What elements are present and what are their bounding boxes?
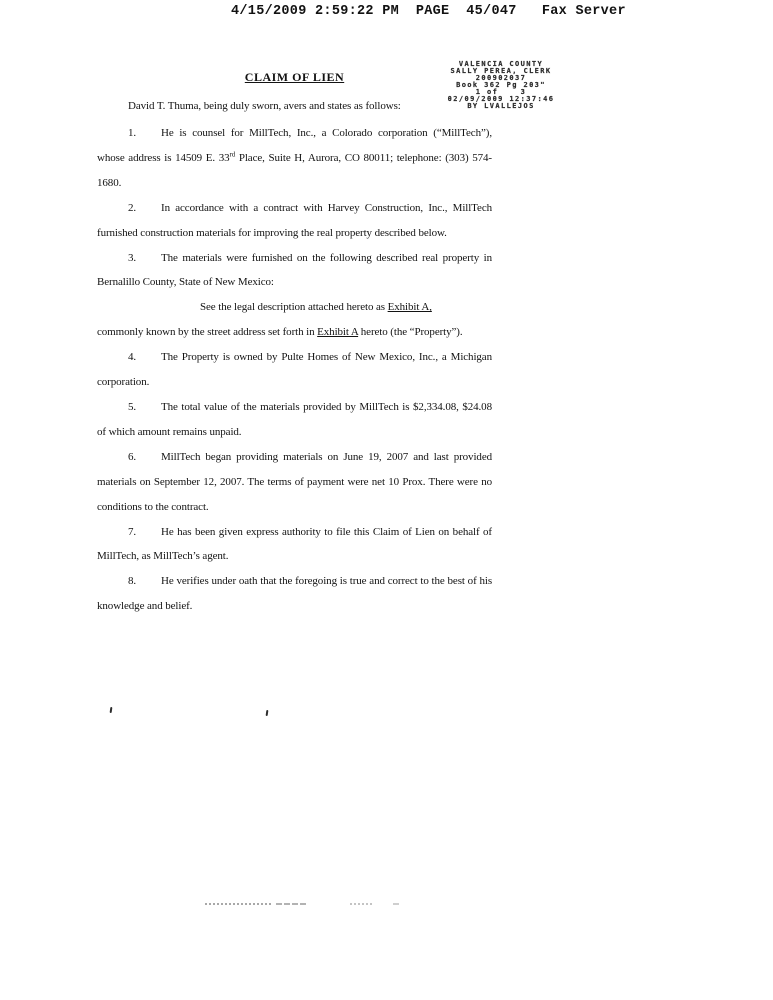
intro-line: David T. Thuma, being duly sworn, avers … [97,96,492,116]
paragraphs: 1.He is counsel for MillTech, Inc., a Co… [97,121,492,619]
fax-page: 4/15/2009 2:59:22 PM PAGE 45/047 Fax Ser… [0,0,773,1000]
numbered-paragraph: 7.He has been given express authority to… [97,520,492,570]
scan-artifact-line [350,903,372,905]
paragraph-line: See the legal description attached heret… [200,295,492,320]
scan-artifact-line [276,903,306,905]
text-segment: See the legal description attached heret… [200,301,388,313]
paragraph-number: 6. [128,445,161,470]
document-body: CLAIM OF LIEN David T. Thuma, being duly… [97,70,492,619]
underlined-text: Exhibit A, [388,301,432,313]
numbered-paragraph: 8.He verifies under oath that the forego… [97,569,492,619]
text-segment: hereto (the “Property”). [358,326,462,338]
text-segment: commonly known by the street address set… [97,326,317,338]
numbered-paragraph: 3.The materials were furnished on the fo… [97,246,492,296]
numbered-paragraph: 6.MillTech began providing materials on … [97,445,492,520]
paragraph-number: 7. [128,520,161,545]
numbered-paragraph: 1.He is counsel for MillTech, Inc., a Co… [97,121,492,196]
paragraph-number: 1. [128,121,161,146]
scan-stray-mark [110,707,113,713]
numbered-paragraph: 4.The Property is owned by Pulte Homes o… [97,345,492,395]
paragraph-line: commonly known by the street address set… [97,320,492,345]
paragraph-number: 5. [128,395,161,420]
paragraph-number: 4. [128,345,161,370]
scan-stray-mark [266,710,269,716]
paragraph-number: 3. [128,246,161,271]
numbered-paragraph: 5.The total value of the materials provi… [97,395,492,445]
fax-transmission-header: 4/15/2009 2:59:22 PM PAGE 45/047 Fax Ser… [231,4,626,19]
paragraph-number: 2. [128,196,161,221]
scan-artifact-line [205,903,271,905]
underlined-text: Exhibit A [317,326,358,338]
paragraph-number: 8. [128,569,161,594]
scan-artifact-line [393,903,399,905]
document-title: CLAIM OF LIEN [97,70,492,85]
numbered-paragraph: 2.In accordance with a contract with Har… [97,196,492,246]
